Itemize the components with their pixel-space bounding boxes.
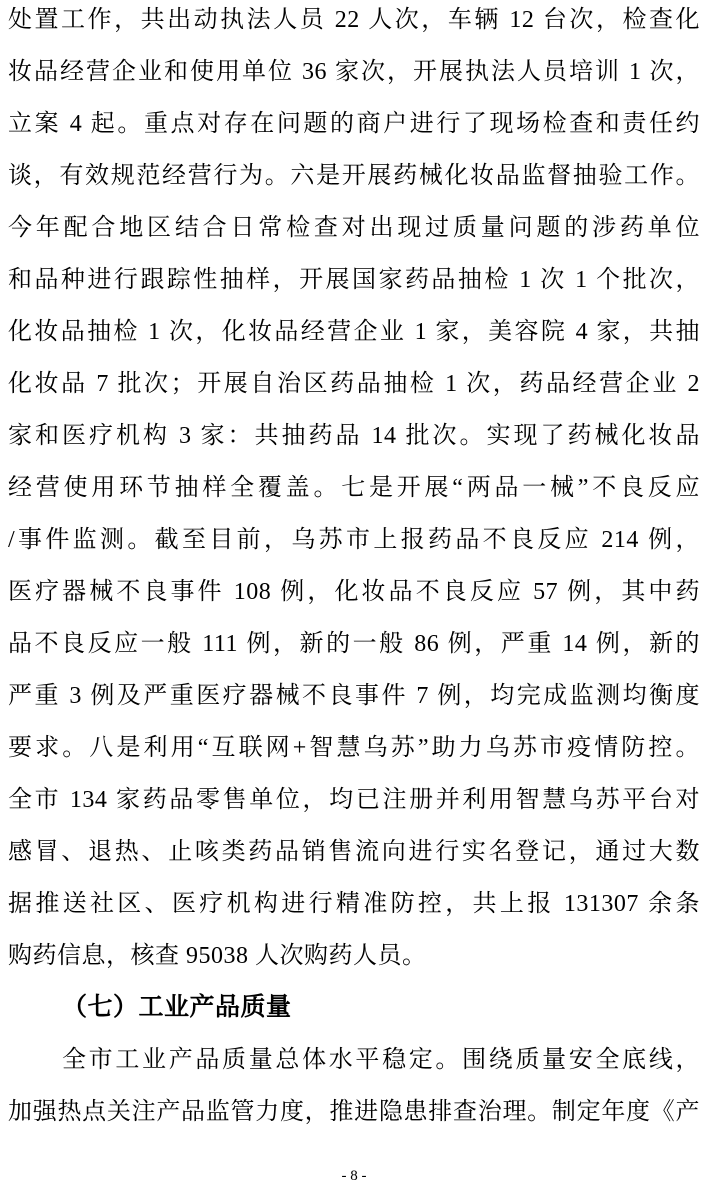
para1-line: 品不良反应一般 111 例，新的一般 86 例，严重 14 例，新的 (8, 618, 700, 670)
page-number: - 8 - (0, 1166, 708, 1186)
section-heading: （七）工业产品质量 (8, 982, 700, 1034)
para1-line: 严重 3 例及严重医疗器械不良事件 7 例，均完成监测均衡度 (8, 670, 700, 722)
para1-line: 妆品经营企业和使用单位 36 家次，开展执法人员培训 1 次， (8, 46, 700, 98)
document-page: 处置工作，共出动执法人员 22 人次，车辆 12 台次，检查化 妆品经营企业和使… (0, 0, 708, 1199)
para1-line: 和品种进行跟踪性抽样，开展国家药品抽检 1 次 1 个批次， (8, 254, 700, 306)
para1-line-end: 购药信息，核查 95038 人次购药人员。 (8, 930, 700, 982)
para1-line: 据推送社区、医疗机构进行精准防控，共上报 131307 余条 (8, 878, 700, 930)
para1-line: 感冒、退热、止咳类药品销售流向进行实名登记，通过大数 (8, 826, 700, 878)
para1-line: 要求。八是利用“互联网+智慧乌苏”助力乌苏市疫情防控。 (8, 722, 700, 774)
para1-line: 化妆品抽检 1 次，化妆品经营企业 1 家，美容院 4 家，共抽 (8, 306, 700, 358)
para2-line: 加强热点关注产品监管力度，推进隐患排查治理。制定年度《产 (8, 1086, 700, 1138)
para1-line: 医疗器械不良事件 108 例，化妆品不良反应 57 例，其中药 (8, 566, 700, 618)
para2-line: 全市工业产品质量总体水平稳定。围绕质量安全底线， (8, 1034, 700, 1086)
document-body: 处置工作，共出动执法人员 22 人次，车辆 12 台次，检查化 妆品经营企业和使… (8, 0, 700, 1138)
para1-line: 处置工作，共出动执法人员 22 人次，车辆 12 台次，检查化 (8, 0, 700, 46)
para1-line: 立案 4 起。重点对存在问题的商户进行了现场检查和责任约 (8, 98, 700, 150)
para1-line: 化妆品 7 批次；开展自治区药品抽检 1 次，药品经营企业 2 (8, 358, 700, 410)
para1-line: 全市 134 家药品零售单位，均已注册并利用智慧乌苏平台对 (8, 774, 700, 826)
para1-line: /事件监测。截至目前，乌苏市上报药品不良反应 214 例， (8, 514, 700, 566)
para1-line: 家和医疗机构 3 家：共抽药品 14 批次。实现了药械化妆品 (8, 410, 700, 462)
para1-line: 谈，有效规范经营行为。六是开展药械化妆品监督抽验工作。 (8, 150, 700, 202)
para1-line: 经营使用环节抽样全覆盖。七是开展“两品一械”不良反应 (8, 462, 700, 514)
para1-line: 今年配合地区结合日常检查对出现过质量问题的涉药单位 (8, 202, 700, 254)
